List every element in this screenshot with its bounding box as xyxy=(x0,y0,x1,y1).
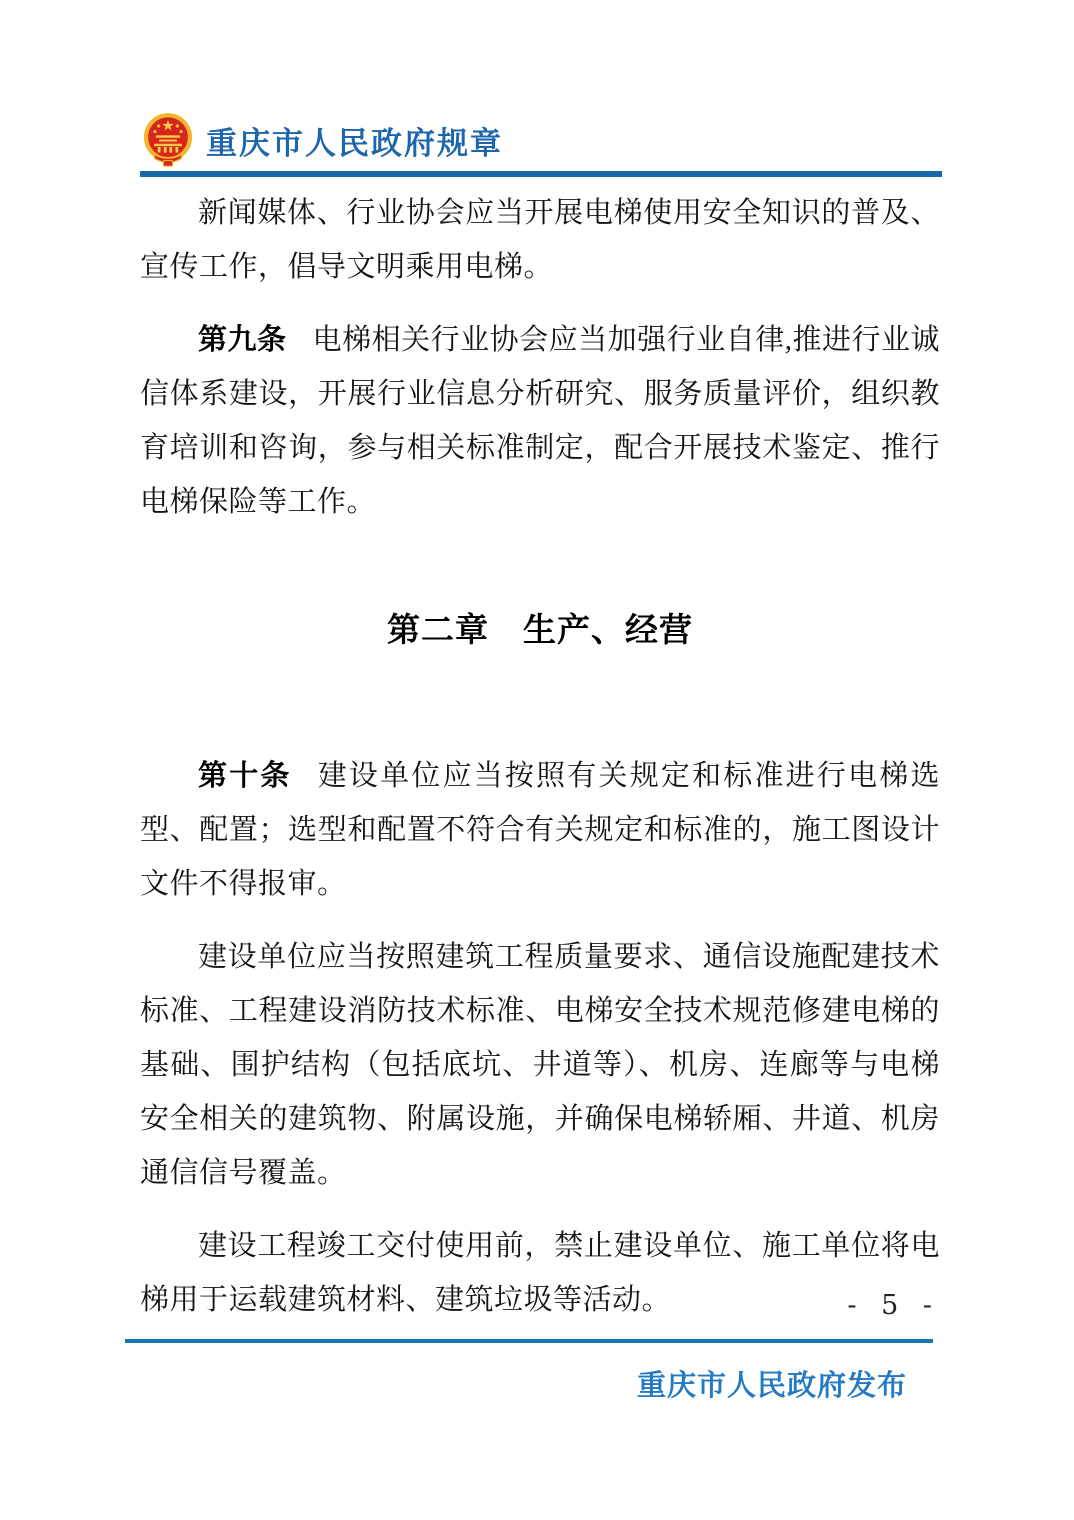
article-10-number: 第十条 xyxy=(198,760,292,792)
paragraph-article-9: 第九条电梯相关行业协会应当加强行业自律,推进行业诚信体系建设，开展行业信息分析研… xyxy=(140,313,940,529)
article-9-number: 第九条 xyxy=(198,324,287,356)
publisher-label: 重庆市人民政府发布 xyxy=(637,1363,907,1404)
document-body: 新闻媒体、行业协会应当开展电梯使用安全知识的普及、宣传工作，倡导文明乘用电梯。 … xyxy=(140,186,940,1346)
document-type-title: 重庆市人民政府规章 xyxy=(206,118,503,163)
paragraph-article-10: 第十条建设单位应当按照有关规定和标准进行电梯选型、配置；选型和配置不符合有关规定… xyxy=(140,749,940,911)
page-number: - 5 - xyxy=(847,1290,940,1321)
chapter-2-heading: 第二章 生产、经营 xyxy=(140,607,940,653)
paragraph-media-duty: 新闻媒体、行业协会应当开展电梯使用安全知识的普及、宣传工作，倡导文明乘用电梯。 xyxy=(140,186,940,294)
paragraph-construction-standards: 建设单位应当按照建筑工程质量要求、通信设施配建技术标准、工程建设消防技术标准、电… xyxy=(140,930,940,1200)
paragraph-text: 建设工程竣工交付使用前，禁止建设单位、施工单位将电梯用于运载建筑材料、建筑垃圾等… xyxy=(140,1230,940,1316)
paragraph-completion-rule: 建设工程竣工交付使用前，禁止建设单位、施工单位将电梯用于运载建筑材料、建筑垃圾等… xyxy=(140,1219,940,1327)
paragraph-text: 建设单位应当按照建筑工程质量要求、通信设施配建技术标准、工程建设消防技术标准、电… xyxy=(140,941,940,1189)
header-divider-line xyxy=(140,171,942,177)
footer-divider-line xyxy=(125,1339,933,1343)
national-emblem-icon xyxy=(140,112,196,168)
document-page: 重庆市人民政府规章 新闻媒体、行业协会应当开展电梯使用安全知识的普及、宣传工作，… xyxy=(0,0,1074,1520)
paragraph-text: 新闻媒体、行业协会应当开展电梯使用安全知识的普及、宣传工作，倡导文明乘用电梯。 xyxy=(140,197,940,283)
page-header: 重庆市人民政府规章 xyxy=(140,112,942,168)
